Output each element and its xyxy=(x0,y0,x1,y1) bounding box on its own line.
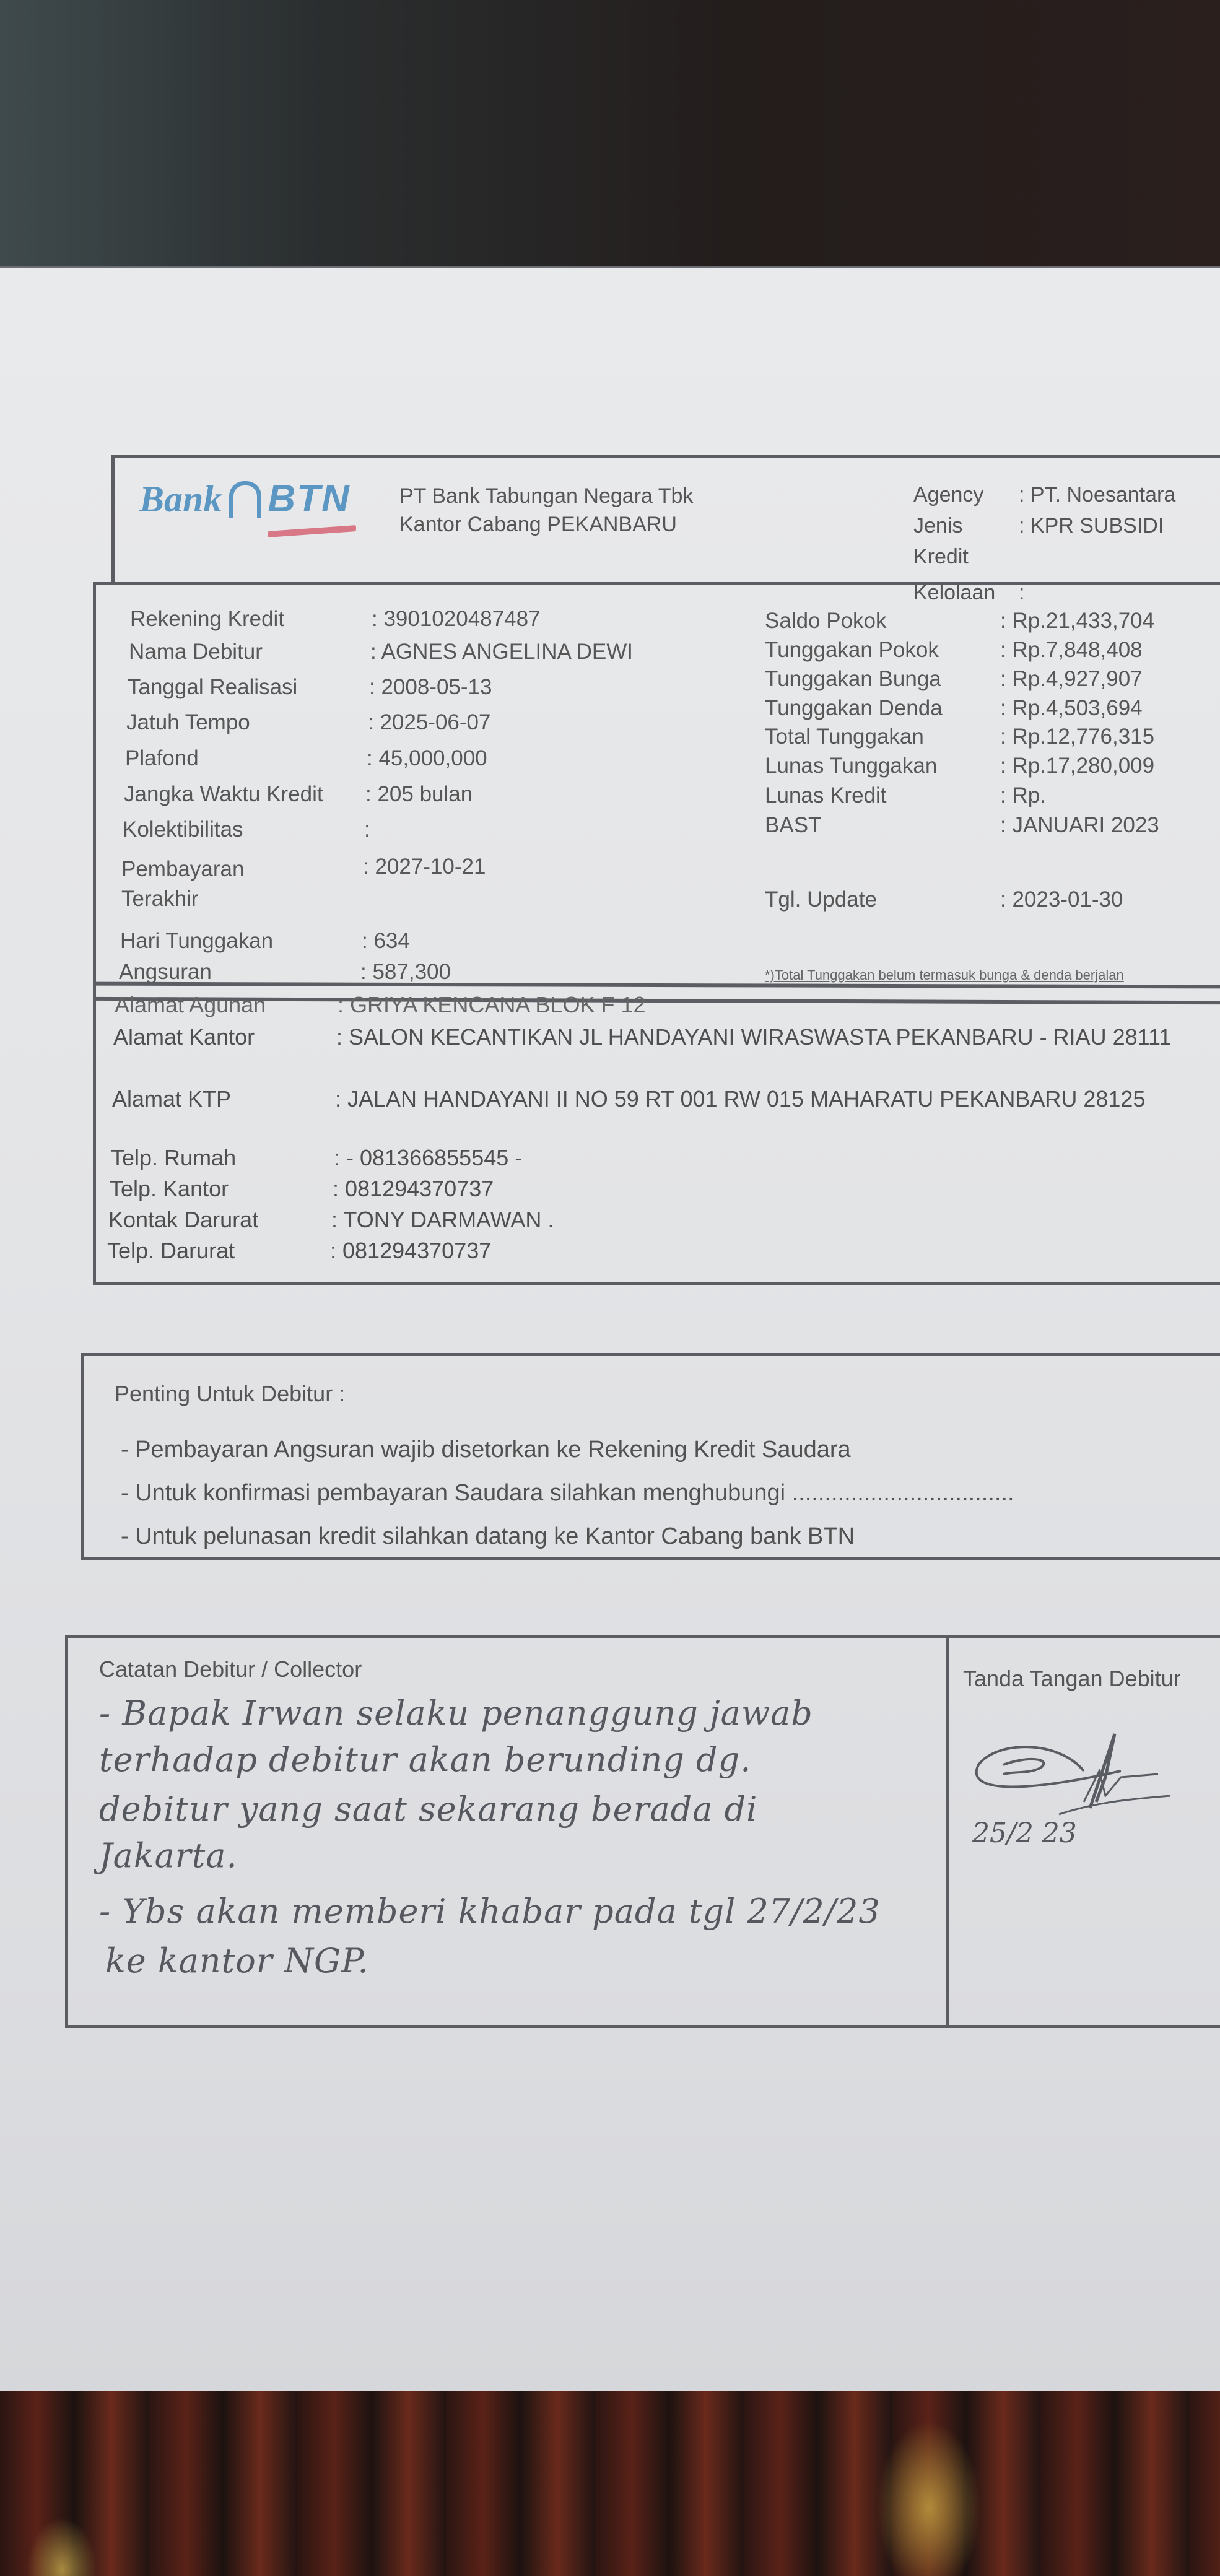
field-value: : Rp. xyxy=(1000,783,1046,808)
field-label: Angsuran xyxy=(119,960,360,985)
field-value: : 634 xyxy=(362,929,410,954)
branch-name: Kantor Cabang PEKANBARU xyxy=(399,510,693,539)
field-row: Tgl. Update: 2023-01-30 xyxy=(765,887,1123,912)
field-label: Hari Tunggakan xyxy=(120,929,362,954)
field-value: : JALAN HANDAYANI II NO 59 RT 001 RW 015… xyxy=(335,1084,1202,1115)
address-row: Alamat Agunan: GRIYA KENCANA BLOK F 12 xyxy=(115,990,1205,1020)
field-value: : AGNES ANGELINA DEWI xyxy=(370,640,633,664)
meta-agency: Agency: PT. Noesantara xyxy=(913,479,1175,510)
field-label: Rekening Kredit xyxy=(130,607,372,632)
field-row: Pembayaran Terakhir: 2027-10-21 xyxy=(121,855,486,914)
field-label: Tunggakan Bunga xyxy=(765,667,1000,692)
field-label: Alamat KTP xyxy=(112,1084,335,1115)
signature-date: 25/2 23 xyxy=(972,1817,1077,1849)
field-value: : xyxy=(364,817,370,842)
notice-item: - Untuk pelunasan kredit silahkan datang… xyxy=(121,1523,855,1550)
field-row: Jangka Waktu Kredit: 205 bulan xyxy=(124,782,473,807)
field-value: : GRIYA KENCANA BLOK F 12 xyxy=(338,990,1205,1020)
field-row: Rekening Kredit: 3901020487487 xyxy=(130,607,541,632)
signature-mark xyxy=(972,1728,1220,1821)
field-row: Jatuh Tempo: 2025-06-07 xyxy=(126,710,490,735)
field-value: : 3901020487487 xyxy=(372,607,541,632)
field-value: : 2023-01-30 xyxy=(1000,887,1123,912)
field-label: Pembayaran Terakhir xyxy=(121,855,264,914)
field-row: Tunggakan Bunga: Rp.4,927,907 xyxy=(765,667,1143,692)
field-value: : Rp.7,848,408 xyxy=(1000,638,1143,663)
field-row: Tunggakan Denda: Rp.4,503,694 xyxy=(765,696,1143,721)
btn-logo: Bank BTN xyxy=(139,477,351,521)
bank-name: PT Bank Tabungan Negara Tbk xyxy=(399,482,693,510)
notice-item: - Untuk konfirmasi pembayaran Saudara si… xyxy=(121,1480,1014,1507)
handwritten-note-line: - Ybs akan memberi khabar pada tgl 27/2/… xyxy=(99,1892,881,1931)
field-label: Telp. Darurat xyxy=(107,1235,330,1266)
logo-bank-text: Bank xyxy=(139,478,222,521)
notice-title: Penting Untuk Debitur : xyxy=(115,1381,345,1407)
handwritten-note-line: debitur yang saat sekarang berada di xyxy=(99,1790,757,1829)
field-label: Lunas Kredit xyxy=(765,783,1000,808)
field-row: Plafond: 45,000,000 xyxy=(125,746,487,771)
field-value: : 2008-05-13 xyxy=(369,675,492,700)
field-value: : Rp.4,927,907 xyxy=(1000,667,1143,692)
field-value: : 2027-10-21 xyxy=(363,855,486,914)
field-value: : 205 bulan xyxy=(365,782,473,807)
field-value: : 45,000,000 xyxy=(367,746,487,771)
field-label: Tgl. Update xyxy=(765,887,1000,912)
field-value: : - 081366855545 - xyxy=(334,1142,1201,1173)
field-label: Telp. Rumah xyxy=(111,1142,334,1173)
important-notice-box: Penting Untuk Debitur : - Pembayaran Ang… xyxy=(81,1353,1220,1560)
field-value: : 587,300 xyxy=(360,960,451,985)
field-label: Kontak Darurat xyxy=(108,1204,331,1235)
field-label: BAST xyxy=(765,813,1000,838)
footnote: *)Total Tunggakan belum termasuk bunga &… xyxy=(765,967,1124,983)
field-row: Total Tunggakan: Rp.12,776,315 xyxy=(765,724,1154,749)
field-value: : Rp.12,776,315 xyxy=(1000,724,1154,749)
field-row: Tanggal Realisasi: 2008-05-13 xyxy=(128,675,492,700)
field-row: Angsuran: 587,300 xyxy=(119,960,451,985)
field-label: Saldo Pokok xyxy=(765,609,1000,633)
field-label: Plafond xyxy=(125,746,367,771)
notice-item: - Pembayaran Angsuran wajib disetorkan k… xyxy=(121,1437,851,1463)
address-row: Telp. Darurat: 081294370737 xyxy=(107,1235,1197,1266)
field-label: Lunas Tunggakan xyxy=(765,754,1000,778)
house-icon xyxy=(229,481,261,518)
notes-title: Catatan Debitur / Collector xyxy=(99,1656,362,1682)
field-row: Lunas Tunggakan: Rp.17,280,009 xyxy=(765,754,1154,778)
field-label: Total Tunggakan xyxy=(765,724,1000,749)
address-row: Telp. Rumah: - 081366855545 - xyxy=(111,1142,1201,1173)
field-value: : Rp.17,280,009 xyxy=(1000,754,1154,778)
field-value: : 2025-06-07 xyxy=(368,710,490,735)
field-value: : SALON KECANTIKAN JL HANDAYANI WIRASWAS… xyxy=(336,1022,1203,1053)
field-value: : 081294370737 xyxy=(330,1235,1197,1266)
address-row: Telp. Kantor: 081294370737 xyxy=(110,1173,1200,1204)
field-label: Alamat Kantor xyxy=(113,1022,336,1053)
field-label: Tunggakan Pokok xyxy=(765,638,1000,663)
field-value: : Rp.21,433,704 xyxy=(1000,609,1154,633)
handwritten-note-line: Jakarta. xyxy=(99,1836,238,1875)
swoosh-icon xyxy=(268,525,356,537)
field-label: Kolektibilitas xyxy=(123,817,364,842)
field-label: Tanggal Realisasi xyxy=(128,675,369,700)
carpet-background xyxy=(0,2384,1220,2576)
field-value: : Rp.4,503,694 xyxy=(1000,696,1143,721)
field-value: : JANUARI 2023 xyxy=(1000,813,1159,838)
document-header: Bank BTN PT Bank Tabungan Negara Tbk Kan… xyxy=(111,455,1220,585)
handwritten-note-line: terhadap debitur akan berunding dg. xyxy=(99,1740,751,1779)
column-divider xyxy=(946,1638,949,2025)
address-row: Alamat Kantor: SALON KECANTIKAN JL HANDA… xyxy=(113,1022,1203,1053)
address-row: Kontak Darurat: TONY DARMAWAN . xyxy=(108,1204,1198,1235)
handwritten-note-line: - Bapak Irwan selaku penanggung jawab xyxy=(99,1694,813,1733)
field-label: Alamat Agunan xyxy=(115,990,338,1020)
field-row: Lunas Kredit: Rp. xyxy=(765,783,1046,808)
field-value: : TONY DARMAWAN . xyxy=(331,1204,1198,1235)
field-label: Jatuh Tempo xyxy=(126,710,368,735)
handwritten-note-line: ke kantor NGP. xyxy=(105,1941,369,1980)
address-row: Alamat KTP: JALAN HANDAYANI II NO 59 RT … xyxy=(112,1084,1202,1115)
field-row: Tunggakan Pokok: Rp.7,848,408 xyxy=(765,638,1143,663)
field-label: Tunggakan Denda xyxy=(765,696,1000,721)
field-value: : 081294370737 xyxy=(333,1173,1200,1204)
bank-identity: PT Bank Tabungan Negara Tbk Kantor Caban… xyxy=(399,482,693,539)
field-row: Nama Debitur: AGNES ANGELINA DEWI xyxy=(129,640,633,664)
field-label: Telp. Kantor xyxy=(110,1173,333,1204)
logo-brand-text: BTN xyxy=(268,477,350,521)
field-row: Saldo Pokok: Rp.21,433,704 xyxy=(765,609,1154,633)
field-row: Hari Tunggakan: 634 xyxy=(120,929,410,954)
meta-jenis-kredit: Jenis Kredit: KPR SUBSIDI xyxy=(913,510,1175,572)
field-label: Jangka Waktu Kredit xyxy=(124,782,365,807)
field-row: Kolektibilitas: xyxy=(123,817,370,842)
field-label: Nama Debitur xyxy=(129,640,370,664)
field-row: BAST: JANUARI 2023 xyxy=(765,813,1159,838)
signature-title: Tanda Tangan Debitur xyxy=(963,1666,1181,1692)
